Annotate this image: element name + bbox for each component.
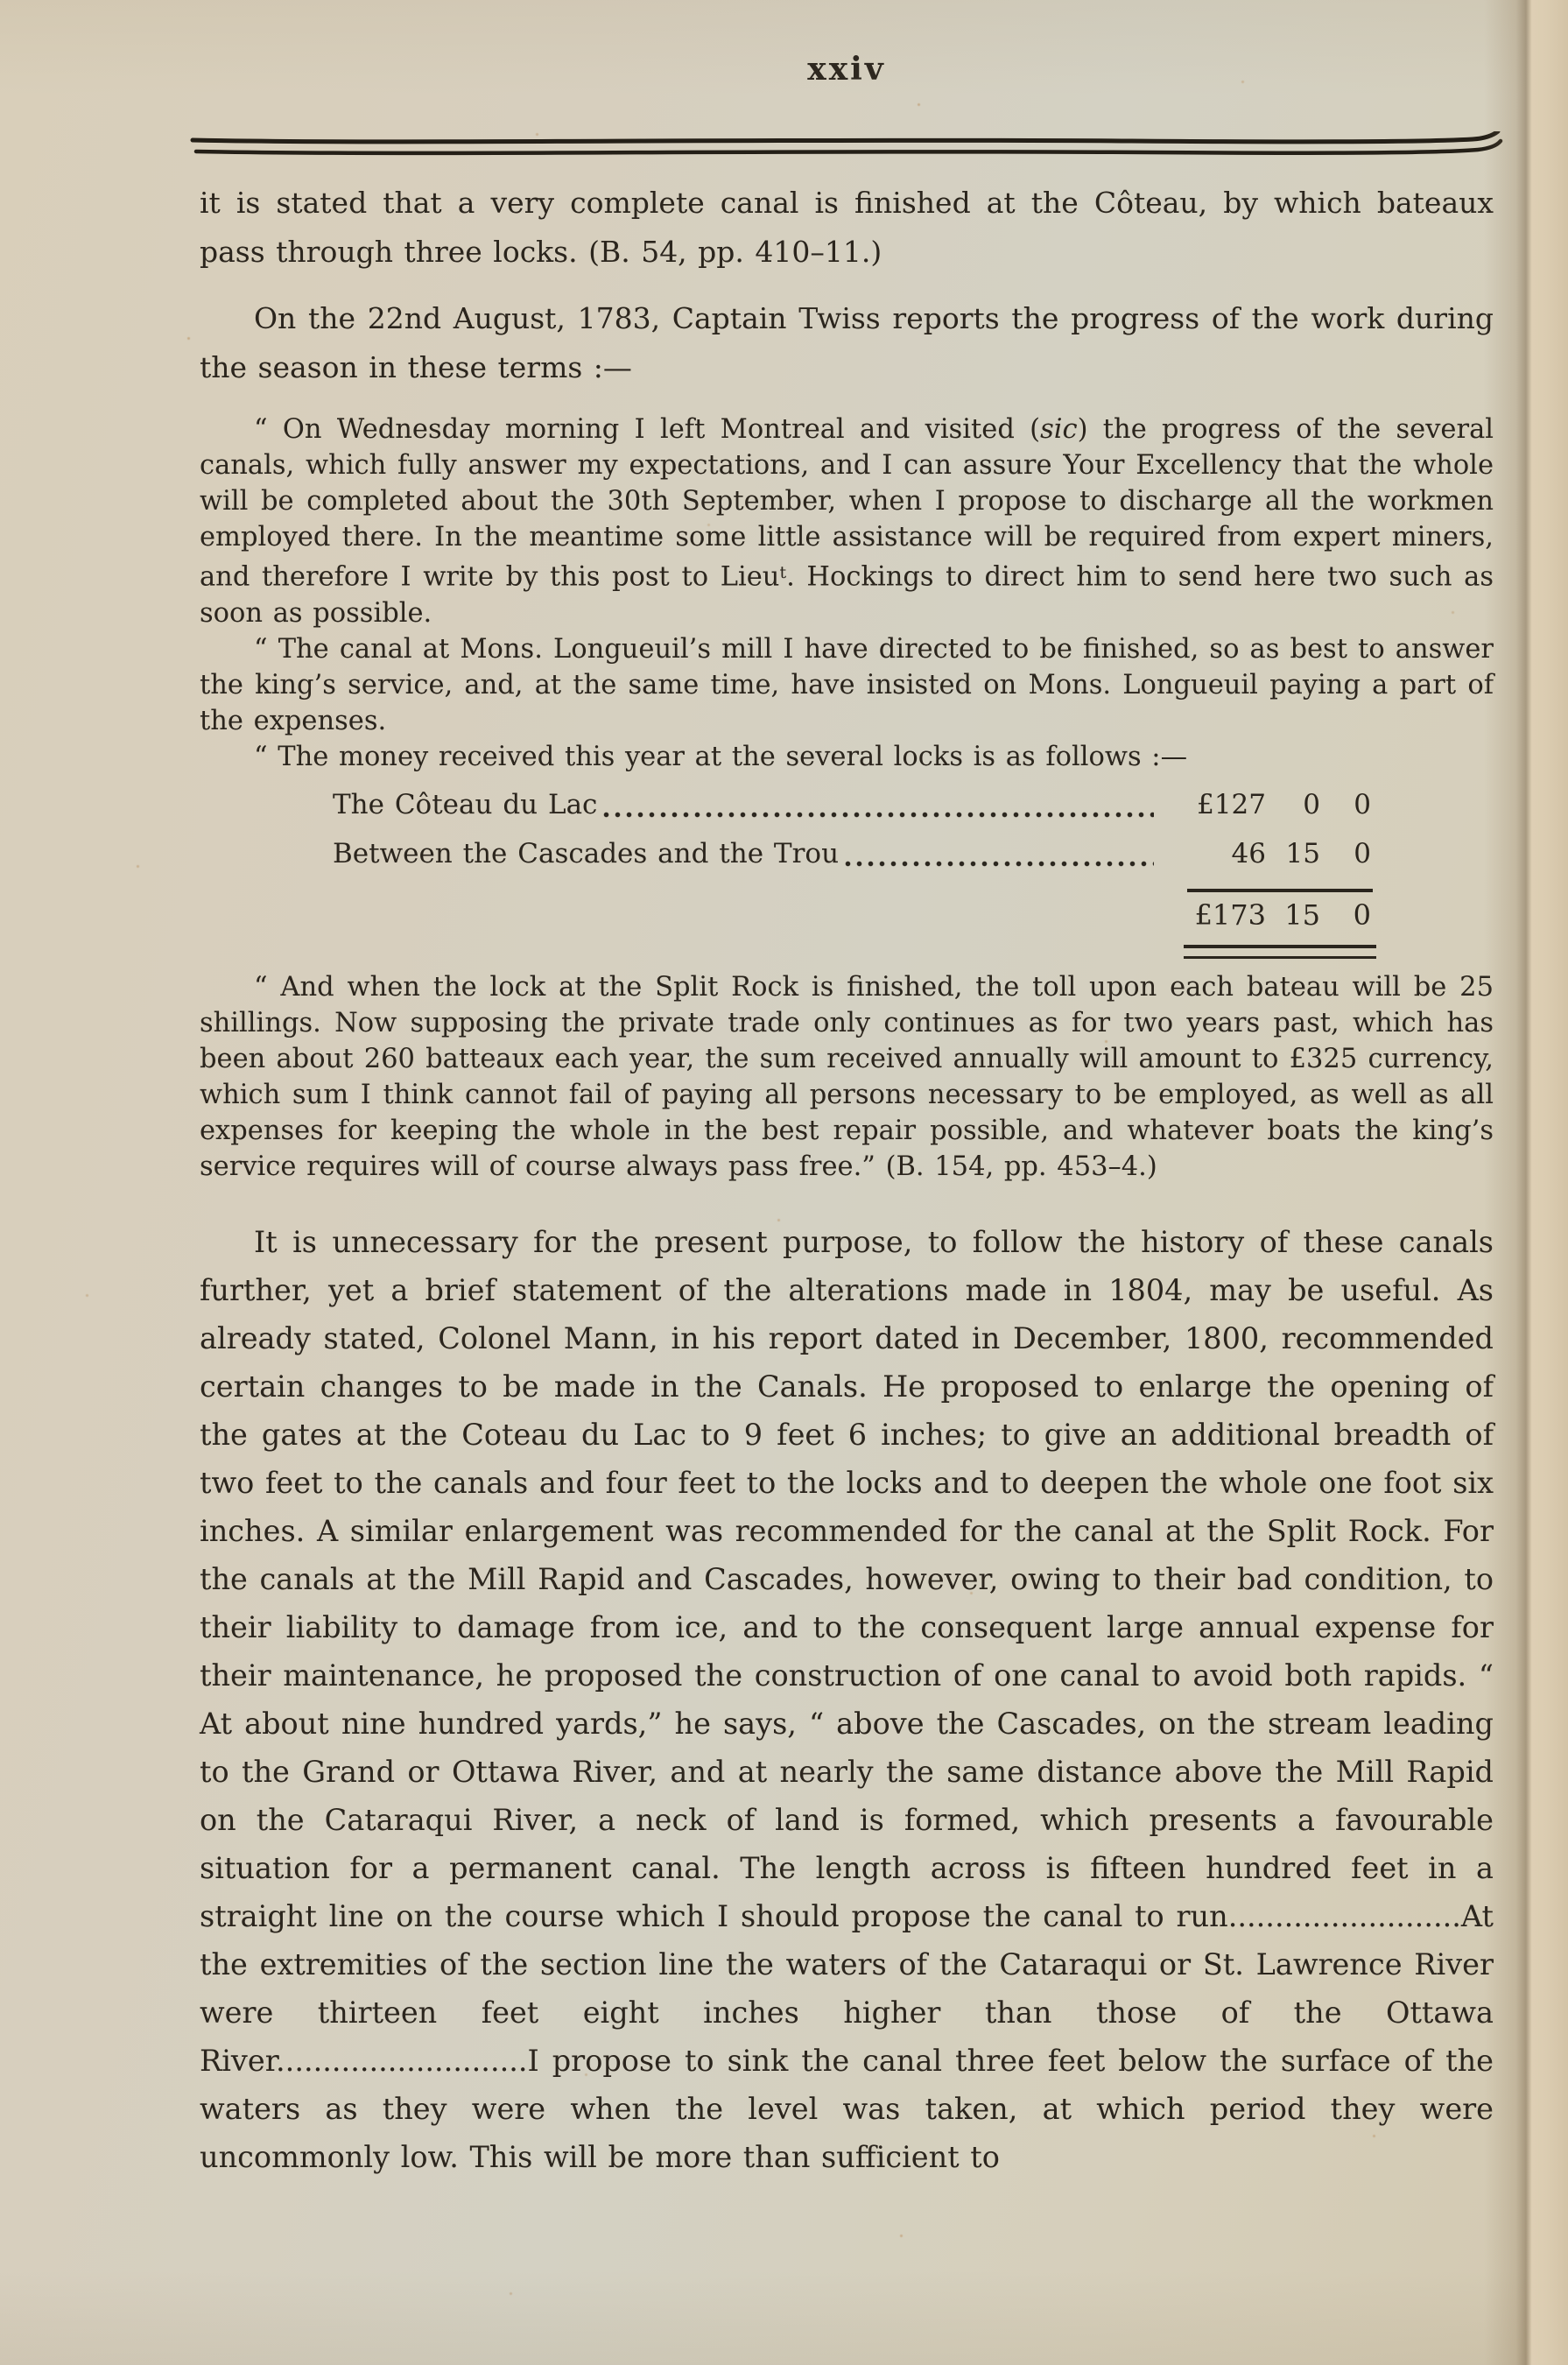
superscript-t: t — [779, 563, 786, 582]
amount-pounds: 46 — [1163, 829, 1266, 878]
double-rule — [186, 131, 1504, 158]
paragraph-closing: It is unnecessary for the present purpos… — [200, 1218, 1494, 2181]
total-pence: 0 — [1320, 892, 1371, 938]
amount-shillings: 0 — [1266, 780, 1320, 829]
page-number: xxiv — [200, 51, 1494, 88]
account-table: The Côteau du Lac £127 0 0 Between the C… — [200, 780, 1494, 959]
paragraph-quote-money: “ The money received this year at the se… — [200, 739, 1494, 775]
dot-leader — [842, 855, 1154, 869]
total-row: £173 15 0 — [200, 892, 1494, 938]
row-label: Between the Cascades and the Trou — [200, 829, 839, 878]
paragraph-intro: On the 22nd August, 1783, Captain Twiss … — [200, 294, 1494, 392]
double-sum-rule — [1184, 945, 1376, 959]
amount-pounds: £127 — [1163, 780, 1266, 829]
paper-speckle-texture — [0, 0, 3, 3]
row-label: The Côteau du Lac — [200, 780, 597, 829]
paragraph-quote-canal: “ The canal at Mons. Longueuil’s mill I … — [200, 631, 1494, 739]
page-edge — [1484, 0, 1568, 2365]
paragraph-quote-split-rock: “ And when the lock at the Split Rock is… — [200, 969, 1494, 1185]
book-page-scan: xxiv it is stated that a very complete c… — [0, 0, 1568, 2365]
spacer — [203, 915, 1154, 929]
amount-shillings: 15 — [1266, 829, 1320, 878]
amount-pence: 0 — [1320, 829, 1371, 878]
table-row: The Côteau du Lac £127 0 0 — [200, 780, 1494, 829]
dot-leader — [601, 806, 1154, 820]
sic-italic: sic — [1040, 414, 1078, 445]
total-shillings: 15 — [1266, 892, 1320, 938]
total-pounds: £173 — [1163, 892, 1266, 938]
quote-text: “ On Wednesday morning I left Montreal a… — [254, 414, 1040, 445]
amount-pence: 0 — [1320, 780, 1371, 829]
page-content: xxiv it is stated that a very complete c… — [200, 51, 1494, 2181]
table-row: Between the Cascades and the Trou 46 15 … — [200, 829, 1494, 878]
paragraph-quote-wednesday: “ On Wednesday morning I left Montreal a… — [200, 412, 1494, 631]
paragraph-continuation: it is stated that a very complete canal … — [200, 179, 1494, 277]
